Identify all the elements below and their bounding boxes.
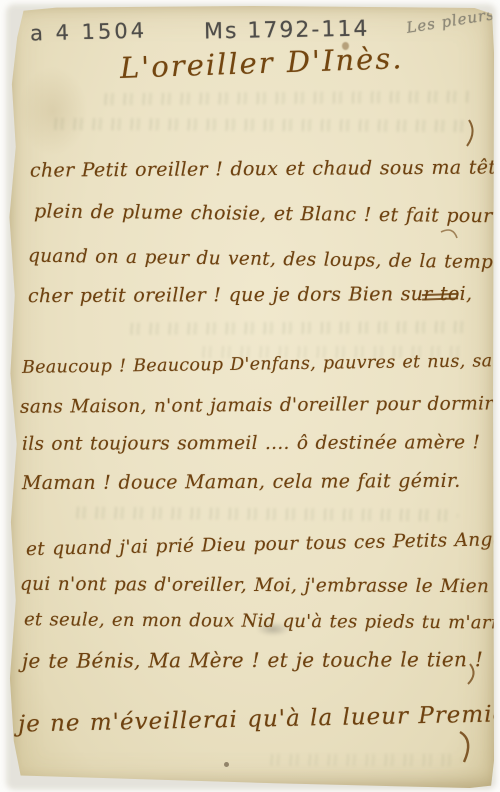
- bleedthrough-mark: [126, 321, 470, 335]
- poem-line-last: je ne m'éveillerai qu'à la lueur Premièr…: [18, 701, 500, 738]
- corner-discoloration: [18, 66, 88, 156]
- ink-spot-stain: [224, 762, 229, 767]
- bleedthrough-mark: [72, 507, 458, 522]
- bleedthrough-mark: [100, 91, 472, 106]
- pencil-accession-number: a 4 1504: [30, 18, 148, 45]
- manuscript-paper: a 4 1504 Ms 1792-114 Les pleurs L'oreill…: [8, 6, 494, 788]
- poem-line-s3-l3: et seule, en mon doux Nid qu'à tes pieds…: [24, 609, 500, 634]
- poem-line-s2-l2: sans Maison, n'ont jamais d'oreiller pou…: [20, 393, 500, 417]
- poem-title: L'oreiller D'Inès.: [119, 41, 403, 85]
- pencil-manuscript-number: Ms 1792-114: [204, 17, 370, 45]
- ink-correction-scribble: [422, 291, 458, 301]
- poem-line-s1-l4: cher petit oreiller ! que je dors Bien s…: [28, 283, 472, 307]
- poem-line-s1-l3: quand on a peur du vent, des loups, de l…: [28, 246, 500, 274]
- poem-line-s2-l1: Beaucoup ! Beaucoup D'enfans, pauvres et…: [22, 350, 500, 378]
- poem-line-s3-l4: je te Bénis, Ma Mère ! et je touche le t…: [22, 647, 483, 673]
- poem-line-s2-l3: ils ont toujours sommeil .... ô destinée…: [22, 432, 480, 455]
- poem-line-s2-l4: Maman ! douce Maman, cela me fait gémir.: [22, 470, 461, 494]
- poem-line-s1-l1: cher Petit oreiller ! doux et chaud sous…: [30, 156, 500, 181]
- bleedthrough-mark: [50, 118, 470, 132]
- poem-line-s3-l1: et quand j'ai prié Dieu pour tous ces Pe…: [26, 529, 500, 560]
- bleedthrough-mark: [266, 754, 462, 766]
- manuscript-photo: a 4 1504 Ms 1792-114 Les pleurs L'oreill…: [0, 0, 500, 792]
- poem-line-s1-l2: plein de plume choisie, et Blanc ! et fa…: [34, 200, 500, 227]
- poem-line-s3-l2: qui n'ont pas d'oreiller, Moi, j'embrass…: [20, 574, 489, 597]
